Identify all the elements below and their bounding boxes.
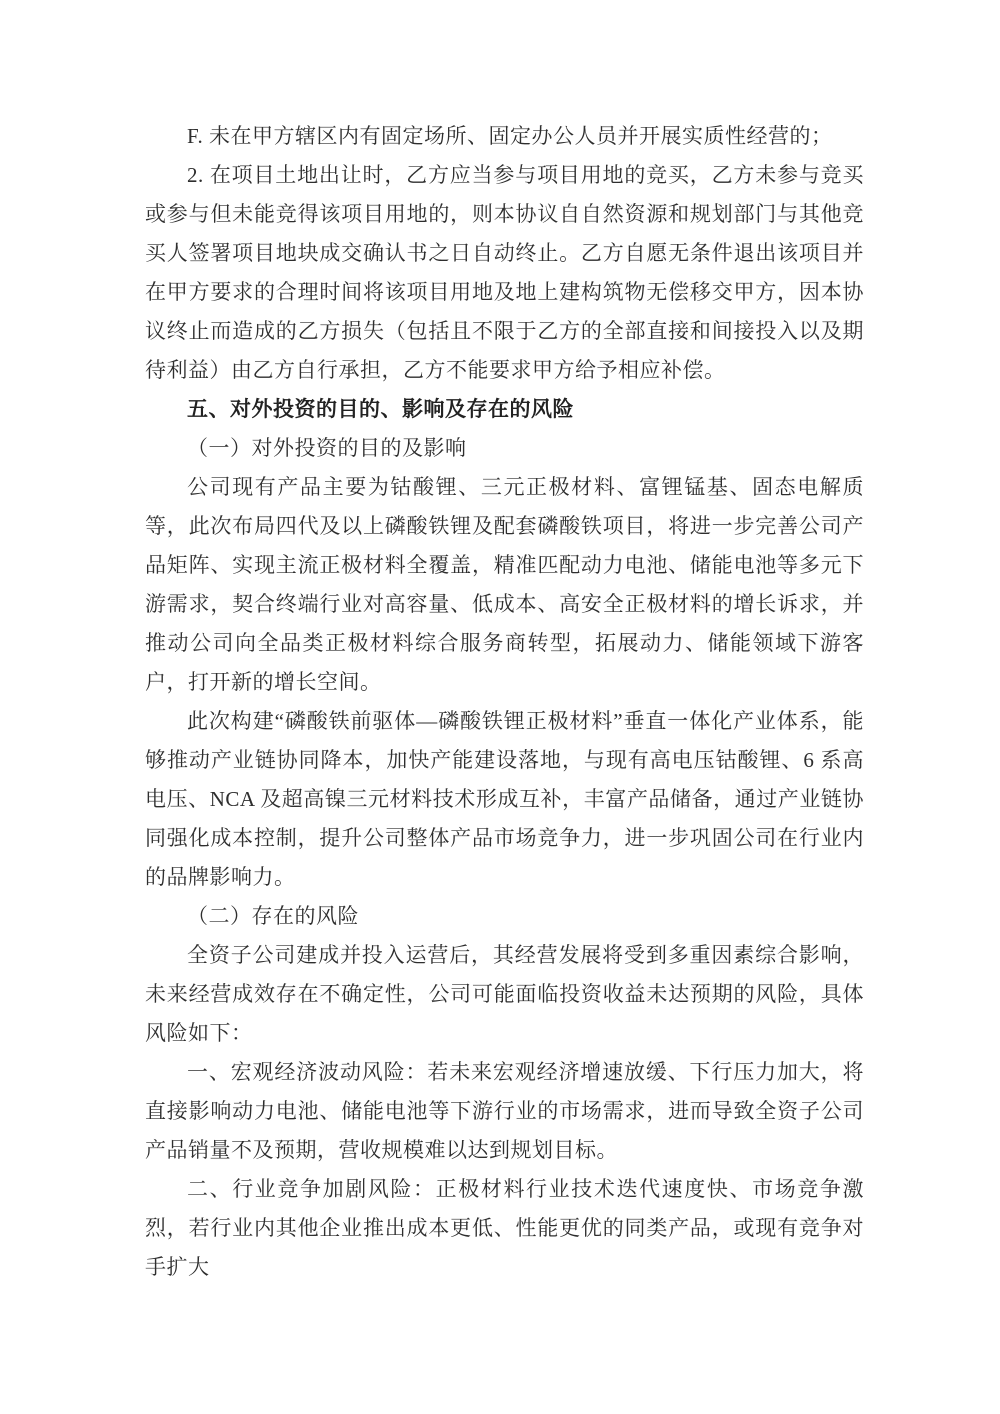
- subsection-heading-2: （二）存在的风险: [145, 897, 864, 936]
- paragraph-risk-intro: 全资子公司建成并投入运营后，其经营发展将受到多重因素综合影响，未来经营成效存在不…: [145, 936, 864, 1053]
- document-page: F. 未在甲方辖区内有固定场所、固定办公人员并开展实质性经营的； 2. 在项目土…: [0, 0, 1000, 1414]
- paragraph-purpose-1: 公司现有产品主要为钴酸锂、三元正极材料、富锂锰基、固态电解质等，此次布局四代及以…: [145, 468, 864, 702]
- section-heading-5: 五、对外投资的目的、影响及存在的风险: [145, 390, 864, 429]
- paragraph-purpose-2: 此次构建“磷酸铁前驱体—磷酸铁锂正极材料”垂直一体化产业体系，能够推动产业链协同…: [145, 702, 864, 897]
- paragraph-risk-1: 一、宏观经济波动风险：若未来宏观经济增速放缓、下行压力加大，将直接影响动力电池、…: [145, 1053, 864, 1170]
- subsection-heading-1: （一）对外投资的目的及影响: [145, 429, 864, 468]
- paragraph-risk-2: 二、行业竞争加剧风险：正极材料行业技术迭代速度快、市场竞争激烈，若行业内其他企业…: [145, 1170, 864, 1287]
- paragraph-clause-f: F. 未在甲方辖区内有固定场所、固定办公人员并开展实质性经营的；: [145, 117, 864, 156]
- document-body: F. 未在甲方辖区内有固定场所、固定办公人员并开展实质性经营的； 2. 在项目土…: [145, 117, 864, 1287]
- paragraph-clause-2: 2. 在项目土地出让时，乙方应当参与项目用地的竞买，乙方未参与竞买或参与但未能竞…: [145, 156, 864, 390]
